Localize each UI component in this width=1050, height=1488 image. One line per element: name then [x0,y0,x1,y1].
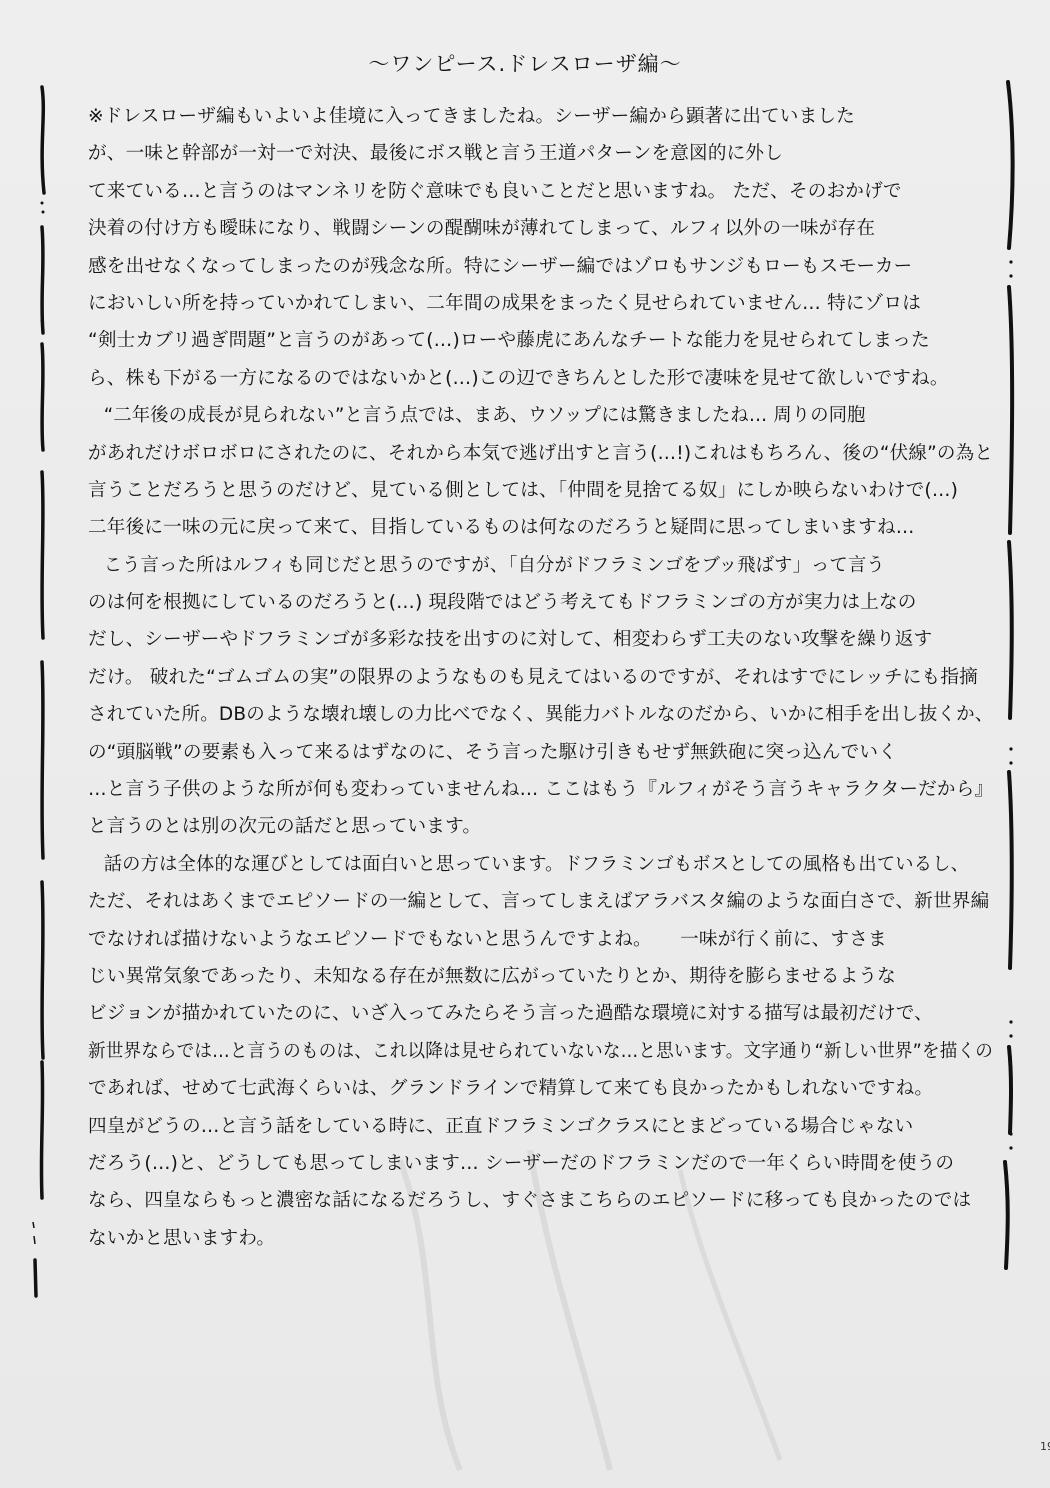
text-line: 言うことだろうと思うのだけど、見ている側としては、「仲間を見捨てる奴」にしか映ら… [88,472,993,509]
left-margin-bracket-8 [30,1258,44,1298]
text-line: 四皇がどうの…と言う話をしている時に、正直ドフラミンゴクラスにとまどっている場合… [88,1108,993,1145]
text-line: であれば、せめて七武海くらいは、グランドラインで精算して来ても良かったかもしれな… [88,1070,993,1107]
right-margin-dots-4 [1006,1018,1020,1042]
text-line: 決着の付け方も曖昧になり、戦闘シーンの醍醐味が薄れてしまって、ルフィ以外の一味が… [88,210,993,247]
right-margin-dots-5 [1006,1130,1020,1154]
text-line: と言うのとは別の次元の話だと思っています。 [88,808,993,845]
page-number: 19 [1040,1440,1048,1453]
essay-body: ※ドレスローザ編もいよいよ佳境に入ってきましたね。シーザー編から顕著に出ていまし… [88,98,993,1257]
text-line: て来ている…と言うのはマンネリを防ぐ意味でも良いことだと思いますね。 ただ、その… [88,173,993,210]
text-line: 二年後に一味の元に戻って来て、目指しているものは何なのだろうと疑問に思ってしまい… [88,509,993,546]
left-margin-dots-1 [38,200,52,216]
text-line: が、一味と幹部が一対一で対決、最後にボス戦と言う王道パターンを意図的に外し [88,135,993,172]
left-margin-bracket-5 [36,660,50,860]
text-line: …と言う子供のような所が何も変わっていませんね… ここはもう『ルフィがそう言うキ… [88,771,992,808]
text-line: でなければ描けないようなエピソードでもないと思うんですよね。 一味が行く前に、す… [88,921,993,958]
text-line: なら、四皇ならもっと濃密な話になるだろうし、すぐさまこちらのエピソードに移っても… [88,1182,993,1219]
left-margin-bracket-6 [36,880,50,1060]
left-margin-dots-3 [30,1220,44,1260]
right-margin-dots-2 [1006,475,1020,505]
text-line: の“頭脳戦”の要素も入って来るはずなのに、そう言った駆け引きもせず無鉄砲に突っ込… [88,734,993,771]
text-line: こう言った所はルフィも同じだと思うのですが、「自分がドフラミンゴをブッ飛ばす」っ… [88,547,977,584]
text-line: されていた所。DBのような壊れ壊しの力比べでなく、異能力バトルなのだから、いかに… [88,696,988,733]
text-line: があれだけボロボロにされたのに、それから本気で逃げ出すと言う(…!)これはもちろ… [88,435,990,472]
left-margin-bracket-3 [36,342,50,452]
text-line: だろう(…)と、どうしても思ってしまいます… シーザーだのドフラミンだので一年く… [88,1145,993,1182]
text-line: においしい所を持っていかれてしまい、二年間の成果をまったく見せられていません… … [88,285,993,322]
text-line: だし、シーザーやドフラミンゴが多彩な技を出すのに対して、相変わらず工夫のない攻撃… [88,621,993,658]
left-margin-bracket-4 [36,470,50,640]
right-margin-bracket-6 [1000,1160,1014,1270]
right-margin-dots-1 [1006,258,1020,282]
text-line: ただ、それはあくまでエピソードの一編として、言ってしまえばアラバスタ編のような面… [88,883,993,920]
right-margin-bracket-4 [1004,770,1018,970]
text-line: ら、株も下がる一方になるのではないかと(…)この辺できちんとした形で凄味を見せて… [88,360,993,397]
text-line: のは何を根拠にしているのだろうと(…) 現段階ではどう考えてもドフラミンゴの方が… [88,584,993,621]
scanned-page: ～ワンピース.ドレスローザ編～ [0,0,1050,1488]
left-margin-dots-2 [38,318,52,334]
text-line: 新世界ならでは…と言うのものは、これ以降は見せられていないな…と思います。文字通… [88,1033,943,1070]
text-line: ※ドレスローザ編もいよいよ佳境に入ってきましたね。シーザー編から顕著に出ていまし… [88,98,993,135]
text-line: 話の方は全体的な運びとしては面白いと思っています。ドフラミンゴもボスとしての風格… [88,846,977,883]
left-margin-bracket-7 [36,1060,50,1200]
text-line: “二年後の成長が見られない”と言う点では、まあ、ウソップには驚きましたね… 周り… [88,397,977,434]
text-line: じい異常気象であったり、未知なる存在が無数に広がっていたりとか、期待を膨らませる… [88,958,993,995]
text-line: ビジョンが描かれていたのに、いざ入ってみたらそう言った過酷な環境に対する描写は最… [88,995,993,1032]
right-margin-bracket-3 [1004,540,1018,720]
right-margin-bracket-5 [1004,1045,1018,1135]
text-line: 感を出せなくなってしまったのが残念な所。特にシーザー編ではゾロもサンジもローもス… [88,248,993,285]
text-line: “剣士カブリ過ぎ問題”と言うのがあって(…)ローや藤虎にあんなチートな能力を見せ… [88,322,993,359]
page-title: ～ワンピース.ドレスローザ編～ [0,48,1050,78]
left-margin-bracket-1 [36,85,50,195]
right-margin-dots-3 [1006,745,1020,769]
text-line: だけ。 破れた“ゴムゴムの実”の限界のようなものも見えてはいるのですが、それはす… [88,659,993,696]
text-line: ないかと思いますわ。 [88,1220,993,1257]
right-margin-bracket-1 [1004,80,1018,250]
